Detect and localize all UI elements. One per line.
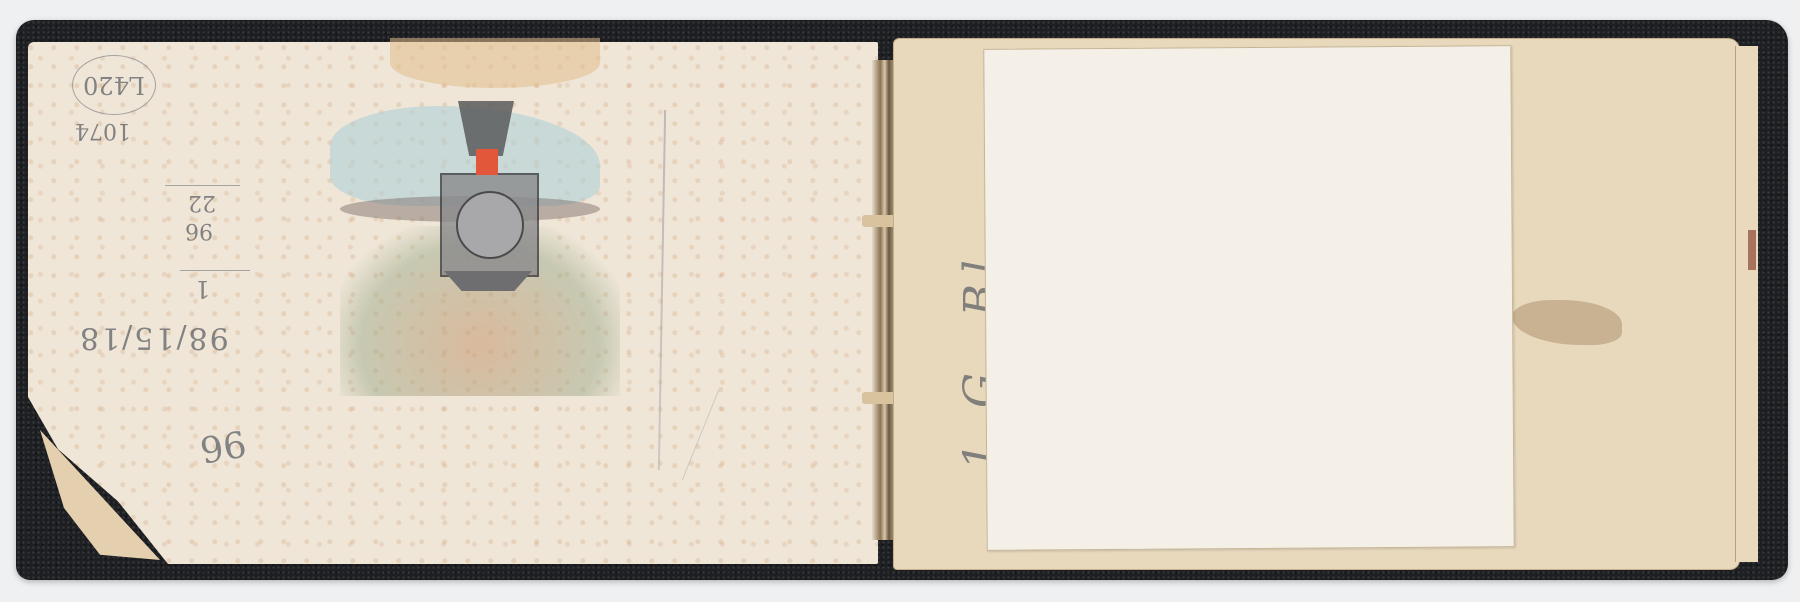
number-bottom: 96 xyxy=(197,421,249,469)
calculation-line-2 xyxy=(180,270,250,271)
headlamp xyxy=(476,149,498,175)
smokestack xyxy=(458,101,514,156)
catalog-number: 1074 xyxy=(75,118,131,143)
circled-label: L420 xyxy=(72,55,156,115)
number-sequence: 98/15/18 xyxy=(78,320,229,355)
locomotive-sketch xyxy=(330,66,630,396)
locomotive xyxy=(438,101,538,291)
smokebox-door xyxy=(456,191,524,259)
fraction-bottom: 1 xyxy=(195,275,210,303)
fraction-top: 22 xyxy=(188,190,216,215)
page-stack-edge xyxy=(1735,46,1758,562)
rust-mark xyxy=(1748,230,1756,270)
inserted-card xyxy=(983,45,1514,551)
cowcatcher xyxy=(444,271,532,291)
fraction-mid: 96 xyxy=(185,218,213,243)
calculation-line xyxy=(165,185,240,186)
